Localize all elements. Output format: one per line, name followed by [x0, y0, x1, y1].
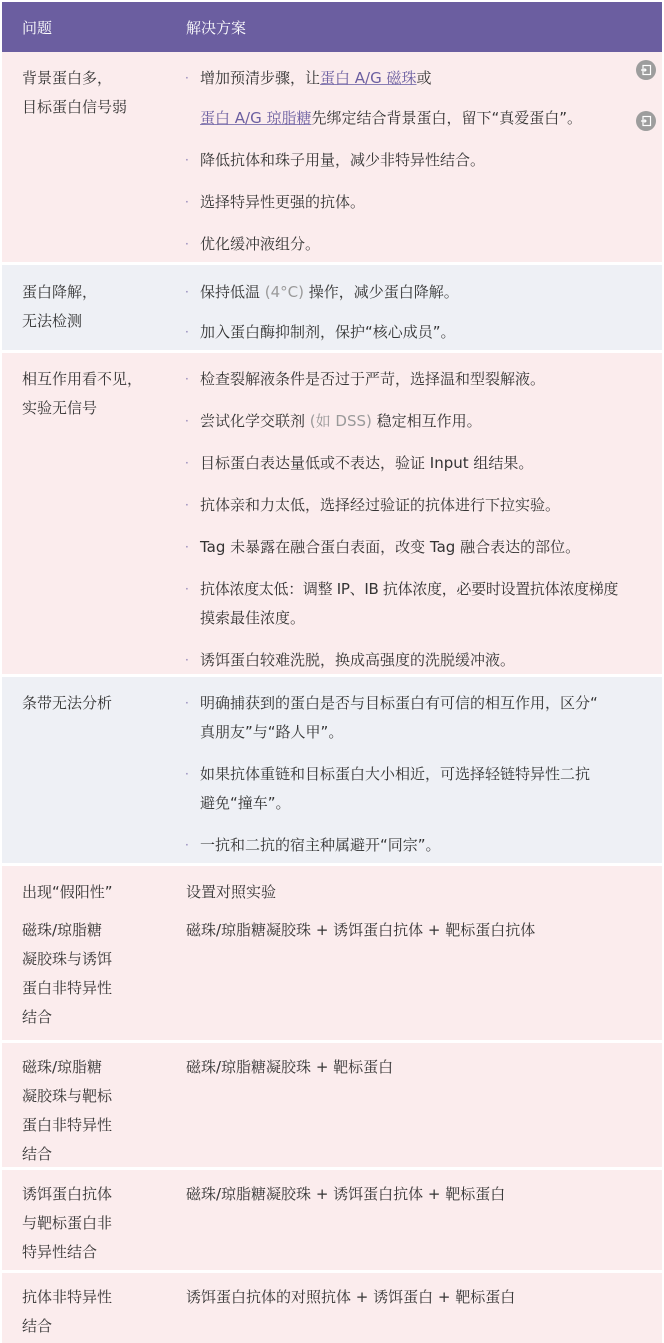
problem-cell: 出现“假阳性” — [2, 866, 186, 914]
problem-cell: 条带无法分析 — [2, 677, 186, 863]
solution-cell: 诱饵蛋白抗体的对照抗体 + 诱饵蛋白 + 靶标蛋白 — [186, 1273, 662, 1343]
table-row: 条带无法分析 · 明确捕获到的蛋白是否与目标蛋白有可信的相互作用，区分“ 真朋友… — [2, 677, 662, 866]
solution-cell: · 增加预清步骤，让蛋白 A/G 磁珠或 蛋白 A/G 琼脂糖先绑定结合背景蛋白… — [186, 52, 662, 262]
link-out-icon[interactable] — [636, 111, 656, 131]
table-row: 出现“假阳性” 设置对照实验 — [2, 866, 662, 914]
list-item: · 抗体浓度太低：调整 IP、IB 抗体浓度，必要时设置抗体浓度梯度 摸索最佳浓… — [186, 575, 662, 633]
list-item: · 明确捕获到的蛋白是否与目标蛋白有可信的相互作用，区分“ 真朋友”与“路人甲”… — [186, 689, 662, 747]
list-item: · 检查裂解液条件是否过于严苛，选择温和型裂解液。 — [186, 365, 662, 394]
list-item: · 一抗和二抗的宿主种属避开“同宗”。 — [186, 831, 662, 860]
table-row: 抗体非特异性 结合 诱饵蛋白抗体的对照抗体 + 诱饵蛋白 + 靶标蛋白 — [2, 1273, 662, 1343]
table-row: 诱饵蛋白抗体 与靶标蛋白非 特异性结合 磁珠/琼脂糖凝胶珠 + 诱饵蛋白抗体 +… — [2, 1170, 662, 1273]
table-row: 磁珠/琼脂糖 凝胶珠与靶标 蛋白非特异性 结合 磁珠/琼脂糖凝胶珠 + 靶标蛋白 — [2, 1043, 662, 1170]
solution-cell: 磁珠/琼脂糖凝胶珠 + 诱饵蛋白抗体 + 靶标蛋白 — [186, 1170, 662, 1270]
solution-cell: 磁珠/琼脂糖凝胶珠 + 靶标蛋白 — [186, 1043, 662, 1167]
problem-cell: 诱饵蛋白抗体 与靶标蛋白非 特异性结合 — [2, 1170, 186, 1270]
list-item: · 降低抗体和珠子用量，减少非特异性结合。 — [186, 146, 662, 175]
solution-cell: · 保持低温 (4°C) 操作，减少蛋白降解。 · 加入蛋白酶抑制剂，保护“核心… — [186, 265, 662, 350]
problem-cell: 相互作用看不见， 实验无信号 — [2, 353, 186, 674]
list-item: · 目标蛋白表达量低或不表达，验证 Input 组结果。 — [186, 449, 662, 478]
protein-ag-magnetic-beads-link[interactable]: 蛋白 A/G 磁珠 — [320, 69, 416, 87]
table-row: 背景蛋白多， 目标蛋白信号弱 · 增加预清步骤，让蛋白 A/G 磁珠或 蛋白 A… — [2, 52, 662, 265]
solution-cell: · 检查裂解液条件是否过于严苛，选择温和型裂解液。 · 尝试化学交联剂 (如 D… — [186, 353, 662, 674]
table-row: 蛋白降解， 无法检测 · 保持低温 (4°C) 操作，减少蛋白降解。 · 加入蛋… — [2, 265, 662, 353]
table-header: 问题 解决方案 — [2, 2, 662, 52]
list-item: · 如果抗体重链和目标蛋白大小相近，可选择轻链特异性二抗 避免“撞车”。 — [186, 760, 662, 818]
problem-cell: 磁珠/琼脂糖 凝胶珠与靶标 蛋白非特异性 结合 — [2, 1043, 186, 1167]
solution-cell: 磁珠/琼脂糖凝胶珠 + 诱饵蛋白抗体 + 靶标蛋白抗体 — [186, 914, 662, 1040]
problem-cell: 蛋白降解， 无法检测 — [2, 265, 186, 350]
list-item: · 加入蛋白酶抑制剂，保护“核心成员”。 — [186, 318, 662, 347]
table-row: 磁珠/琼脂糖 凝胶珠与诱饵 蛋白非特异性 结合 磁珠/琼脂糖凝胶珠 + 诱饵蛋白… — [2, 914, 662, 1043]
solution-cell: 设置对照实验 — [186, 866, 662, 914]
protein-ag-agarose-link[interactable]: 蛋白 A/G 琼脂糖 — [200, 109, 311, 127]
list-item: · 保持低温 (4°C) 操作，减少蛋白降解。 — [186, 278, 662, 307]
header-problem: 问题 — [2, 17, 186, 38]
link-out-icon[interactable] — [636, 60, 656, 80]
page: 问题 解决方案 背景蛋白多， 目标蛋白信号弱 · 增加预清步骤，让蛋白 A/G … — [0, 0, 664, 1343]
list-item: · Tag 未暴露在融合蛋白表面，改变 Tag 融合表达的部位。 — [186, 533, 662, 562]
problem-cell: 背景蛋白多， 目标蛋白信号弱 — [2, 52, 186, 262]
header-solution: 解决方案 — [186, 17, 662, 38]
list-item-continuation: 蛋白 A/G 琼脂糖先绑定结合背景蛋白，留下“真爱蛋白”。 — [186, 104, 662, 133]
list-item: · 增加预清步骤，让蛋白 A/G 磁珠或 — [186, 64, 662, 93]
solution-cell: · 明确捕获到的蛋白是否与目标蛋白有可信的相互作用，区分“ 真朋友”与“路人甲”… — [186, 677, 662, 863]
list-item: · 优化缓冲液组分。 — [186, 230, 662, 259]
list-item: · 选择特异性更强的抗体。 — [186, 188, 662, 217]
troubleshooting-table: 问题 解决方案 背景蛋白多， 目标蛋白信号弱 · 增加预清步骤，让蛋白 A/G … — [2, 2, 662, 1343]
table-row: 相互作用看不见， 实验无信号 · 检查裂解液条件是否过于严苛，选择温和型裂解液。… — [2, 353, 662, 677]
list-item: · 抗体亲和力太低，选择经过验证的抗体进行下拉实验。 — [186, 491, 662, 520]
bullet-dot: · — [185, 64, 189, 93]
problem-cell: 磁珠/琼脂糖 凝胶珠与诱饵 蛋白非特异性 结合 — [2, 914, 186, 1040]
list-item: · 诱饵蛋白较难洗脱，换成高强度的洗脱缓冲液。 — [186, 646, 662, 675]
list-item: · 尝试化学交联剂 (如 DSS) 稳定相互作用。 — [186, 407, 662, 436]
problem-cell: 抗体非特异性 结合 — [2, 1273, 186, 1343]
